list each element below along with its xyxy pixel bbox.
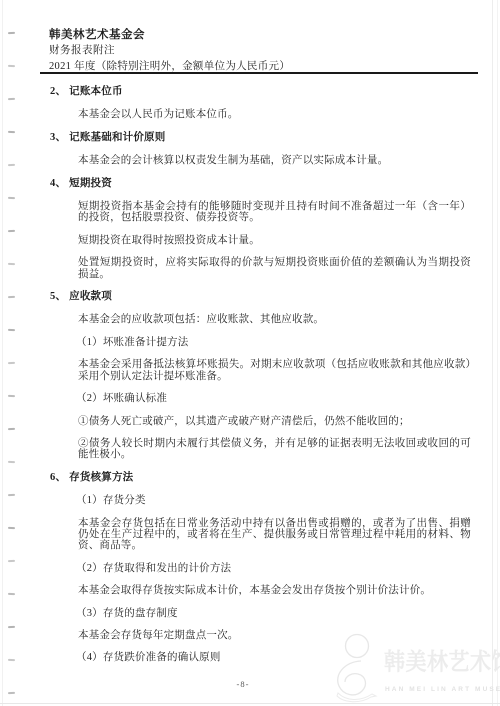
page-edge-bottom bbox=[0, 703, 500, 704]
section-number: 4、 bbox=[50, 178, 66, 189]
document-page: 韩美林艺术基金会 财务报表附注 2021 年度（除特别注明外，金额单位为人民币元… bbox=[0, 0, 500, 706]
note-section: 3、记账基础和计价原则本基金会的会计核算以权责发生制为基础，资产以实际成本计量。 bbox=[0, 132, 500, 167]
note-section: 4、短期投资短期投资指本基金会持有的能够随时变现并且持有时间不准备超过一年（含一… bbox=[0, 178, 500, 280]
section-number: 6、 bbox=[50, 472, 66, 483]
note-section: 5、应收款项本基金会的应收款项包括：应收账款、其他应收款。（1）坏账准备计提方法… bbox=[0, 291, 500, 461]
sub-heading: （2）坏账确认标准 bbox=[76, 393, 500, 404]
binding-mark bbox=[8, 32, 15, 34]
paragraph: 处置短期投资时，应将实际取得的价款与短期投资账面价值的差额确认为当期投资损益。 bbox=[78, 257, 471, 280]
section-heading: 4、短期投资 bbox=[0, 178, 500, 189]
sub-heading: （4）存货跌价准备的确认原则 bbox=[76, 652, 500, 663]
paragraph: 本基金会的应收款项包括：应收账款、其他应收款。 bbox=[78, 314, 471, 325]
sub-heading: （1）存货分类 bbox=[76, 495, 500, 506]
section-title: 短期投资 bbox=[69, 178, 112, 189]
sub-heading: （3）存货的盘存制度 bbox=[76, 608, 500, 619]
section-heading: 5、应收款项 bbox=[0, 291, 500, 302]
paragraph: ①债务人死亡或破产，以其遗产或破产财产清偿后，仍然不能收回的； bbox=[78, 416, 471, 427]
section-number: 3、 bbox=[50, 132, 66, 143]
section-heading: 2、记账本位币 bbox=[0, 86, 500, 97]
paragraph: 本基金会的会计核算以权责发生制为基础，资产以实际成本计量。 bbox=[78, 155, 471, 166]
paragraph: 短期投资指本基金会持有的能够随时变现并且持有时间不准备超过一年（含一年）的投资，… bbox=[78, 201, 471, 224]
note-section: 2、记账本位币本基金会以人民币为记账本位币。 bbox=[0, 86, 500, 121]
section-title: 记账本位币 bbox=[69, 86, 123, 97]
header-rule bbox=[40, 72, 478, 74]
page-number: -8- bbox=[0, 679, 486, 689]
binding-mark bbox=[8, 692, 15, 694]
section-heading: 3、记账基础和计价原则 bbox=[0, 132, 500, 143]
section-number: 2、 bbox=[50, 86, 66, 97]
section-title: 记账基础和计价原则 bbox=[69, 132, 165, 143]
org-name: 韩美林艺术基金会 bbox=[49, 27, 290, 43]
section-heading: 6、存货核算方法 bbox=[0, 472, 500, 483]
doc-title: 财务报表附注 bbox=[49, 43, 290, 59]
paragraph: ②债务人较长时期内未履行其偿债义务，并有足够的证据表明无法收回或收回的可能性极小… bbox=[78, 438, 471, 461]
report-header: 韩美林艺术基金会 财务报表附注 2021 年度（除特别注明外，金额单位为人民币元… bbox=[49, 27, 290, 75]
section-title: 存货核算方法 bbox=[69, 472, 133, 483]
paragraph: 本基金会采用备抵法核算坏账损失。对期末应收款项（包括应收账款和其他应收款）采用个… bbox=[78, 359, 471, 382]
sub-heading: （1）坏账准备计提方法 bbox=[76, 337, 500, 348]
section-title: 应收款项 bbox=[69, 291, 112, 302]
binding-mark bbox=[8, 65, 15, 67]
sub-heading: （2）存货取得和发出的计价方法 bbox=[76, 563, 500, 574]
note-section: 6、存货核算方法（1）存货分类本基金会存货包括在日常业务活动中持有以备出售或捐赠… bbox=[0, 472, 500, 664]
paragraph: 本基金会存货每年定期盘点一次。 bbox=[78, 630, 471, 641]
paragraph: 本基金会以人民币为记账本位币。 bbox=[78, 109, 471, 120]
paragraph: 本基金会取得存货按实际成本计价，本基金会发出存货按个别计价法计价。 bbox=[78, 585, 471, 596]
section-number: 5、 bbox=[50, 291, 66, 302]
paragraph: 本基金会存货包括在日常业务活动中持有以备出售或捐赠的，或者为了出售、捐赠仍处在生… bbox=[78, 518, 471, 552]
paragraph: 短期投资在取得时按照投资成本计量。 bbox=[78, 235, 471, 246]
notes-sections: 2、记账本位币本基金会以人民币为记账本位币。3、记账基础和计价原则本基金会的会计… bbox=[0, 86, 500, 675]
